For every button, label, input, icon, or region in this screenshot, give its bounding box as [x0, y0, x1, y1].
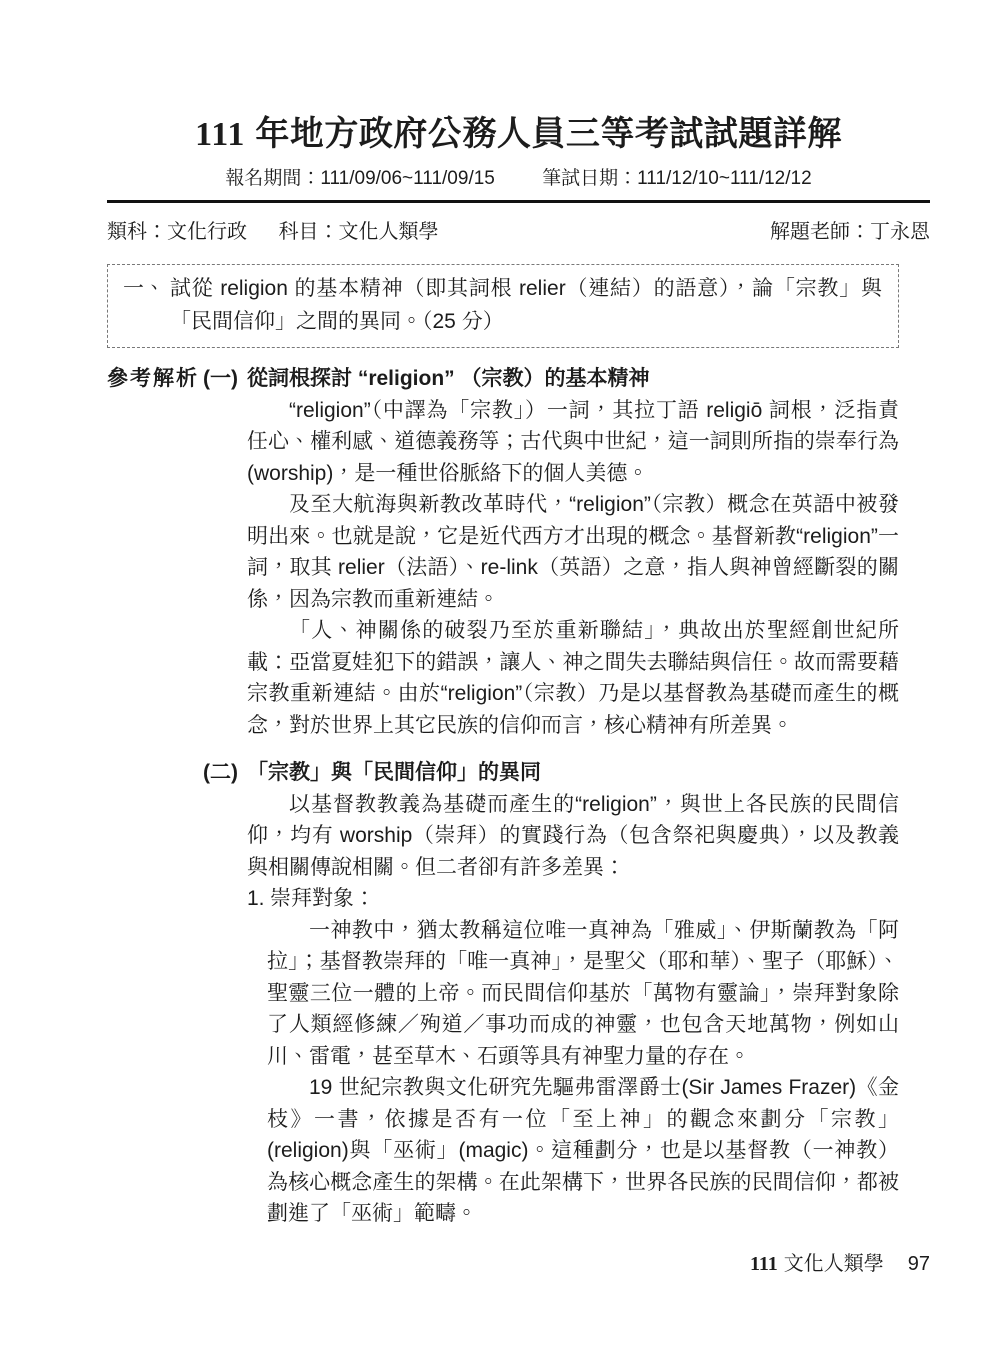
footer-page-number: 97	[908, 1253, 930, 1275]
list-item-1-body: 一神教中，猶太教稱這位唯一真神為「雅威」、伊斯蘭教為「阿拉」；基督教崇拜的「唯一…	[267, 915, 899, 1230]
section-1-body: “religion”（中譯為「宗教」）一詞，其拉丁語 religiō 詞根，泛指…	[247, 395, 899, 742]
section-2-heading: (二) 「宗教」與「民間信仰」的異同	[203, 757, 899, 789]
page-title-text: 年地方政府公務人員三等考試試題詳解	[255, 115, 842, 153]
section-1-paragraph-3: 「人、神關係的破裂乃至於重新聯結」，典故出於聖經創世紀所載：亞當夏娃犯下的錯誤，…	[247, 615, 899, 741]
exam-category: 類科：文化行政	[107, 221, 247, 243]
registration-period: 報名期間：111/09/06~111/09/15	[225, 168, 495, 190]
footer-volume: 111	[750, 1253, 778, 1275]
section-2-body: 以基督教教義為基礎而產生的“religion”，與世上各民族的民間信仰，均有 w…	[247, 789, 899, 1230]
section-2-title: 「宗教」與「民間信仰」的異同	[247, 757, 899, 789]
section-1-title: 從詞根探討 “religion” （宗教）的基本精神	[247, 363, 899, 395]
written-exam-date: 筆試日期：111/12/10~111/12/12	[542, 168, 812, 190]
exam-info-left: 類科：文化行政 科目：文化人類學	[107, 220, 439, 244]
section-1-number: (一)	[203, 363, 247, 395]
question-box: 一、 試從 religion 的基本精神（即其詞根 relier（連結）的語意）…	[107, 264, 899, 348]
header-divider	[107, 200, 930, 203]
exam-subject: 科目：文化人類學	[279, 221, 439, 243]
page-title-year: 111	[195, 116, 245, 153]
section-1-paragraph-1: “religion”（中譯為「宗教」）一詞，其拉丁語 religiō 詞根，泛指…	[247, 395, 899, 490]
list-item-1-paragraph-1: 一神教中，猶太教稱這位唯一真神為「雅威」、伊斯蘭教為「阿拉」；基督教崇拜的「唯一…	[267, 915, 899, 1073]
section-2-paragraph-1: 以基督教教義為基礎而產生的“religion”，與世上各民族的民間信仰，均有 w…	[247, 789, 899, 884]
document-page: 111 年地方政府公務人員三等考試試題詳解 報名期間：111/09/06~111…	[0, 0, 1000, 1353]
exam-meta-line: 報名期間：111/09/06~111/09/15 筆試日期：111/12/10~…	[107, 168, 930, 190]
question-text: 試從 religion 的基本精神（即其詞根 relier（連結）的語意），論「…	[170, 272, 882, 338]
analysis-body: (一) 從詞根探討 “religion” （宗教）的基本精神 “religion…	[203, 363, 899, 1230]
section-1-heading: (一) 從詞根探討 “religion” （宗教）的基本精神	[203, 363, 899, 395]
section-1-paragraph-2: 及至大航海與新教改革時代，“religion”（宗教）概念在英語中被發明出來。也…	[247, 489, 899, 615]
analysis-label: 參考解析	[107, 363, 199, 395]
list-item-1-title-row: 1. 崇拜對象：	[247, 883, 899, 915]
analysis-section: 參考解析 (一) 從詞根探討 “religion” （宗教）的基本精神 “rel…	[107, 363, 899, 1230]
page-footer: 111文化人類學97	[750, 1252, 930, 1276]
exam-info-line: 類科：文化行政 科目：文化人類學 解題老師：丁永恩	[107, 220, 930, 244]
footer-subject: 文化人類學	[784, 1253, 884, 1275]
page-title: 111 年地方政府公務人員三等考試試題詳解	[107, 112, 930, 157]
list-item-1-paragraph-2: 19 世紀宗教與文化研究先驅弗雷澤爵士(Sir James Frazer)《金枝…	[267, 1072, 899, 1230]
question-number: 一、	[123, 272, 170, 338]
section-2-number: (二)	[203, 757, 247, 789]
solver-name: 解題老師：丁永恩	[770, 220, 930, 244]
list-item-1-title: 崇拜對象：	[270, 883, 375, 915]
list-item-1-number: 1.	[247, 883, 270, 915]
